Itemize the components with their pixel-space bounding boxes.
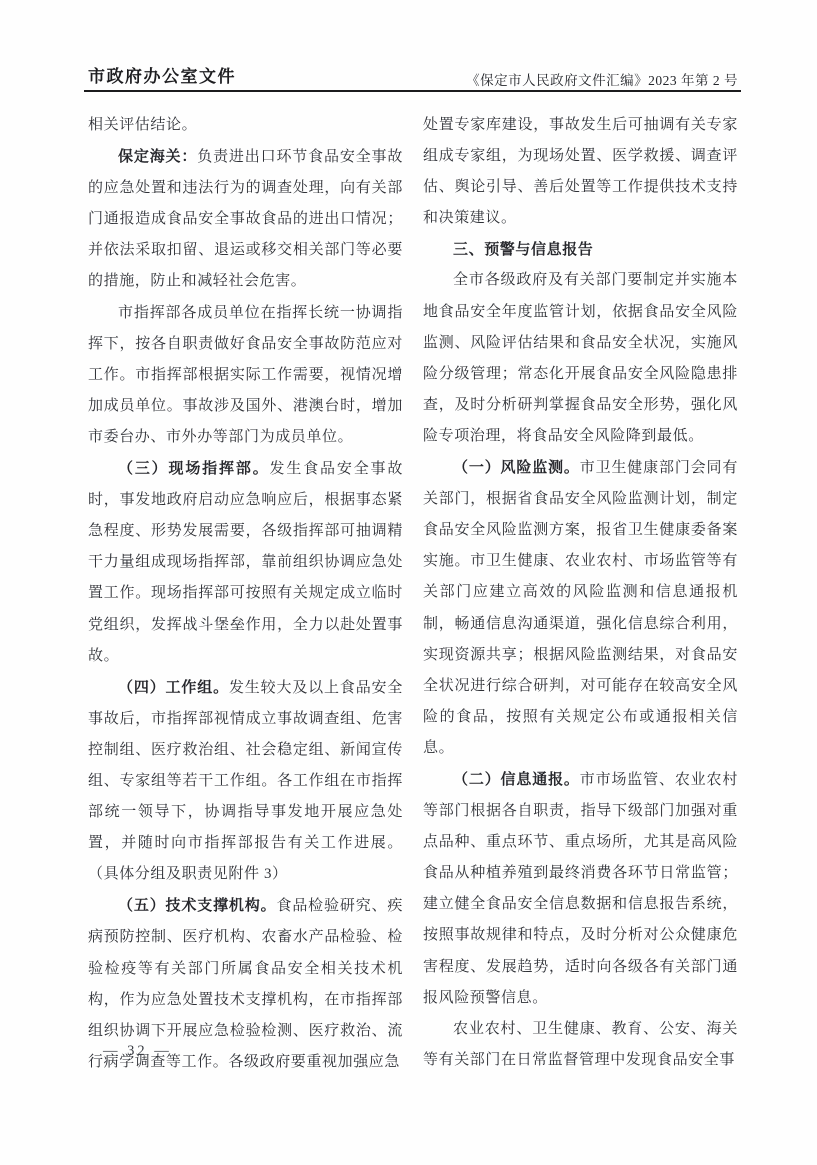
- section-heading: 三、预警与信息报告: [423, 234, 738, 265]
- header-rule: [84, 90, 741, 92]
- paragraph-lead: （四）工作组。: [118, 679, 229, 696]
- paragraph: （二）信息通报。市市场监管、农业农村等部门根据各自职责，指导下级部门加强对重点品…: [423, 764, 738, 1014]
- document-body: 相关评估结论。保定海关：负责进出口环节食品安全事故的应急处置和违法行为的调查处理…: [88, 110, 738, 1078]
- paragraph-lead: 保定海关：: [118, 148, 197, 165]
- paragraph-lead: （五）技术支撑机构。: [118, 897, 276, 914]
- paragraph: 相关评估结论。: [88, 110, 403, 141]
- paragraph: 市指挥部各成员单位在指挥长统一协调指挥下，按各自职责做好食品安全事故防范应对工作…: [88, 298, 403, 453]
- header-doc-number: 《保定市人民政府文件汇编》2023 年第 2 号: [466, 69, 738, 89]
- paragraph: 处置专家库建设，事故发生后可抽调有关专家组成专家组，为现场处置、医学救援、调查评…: [423, 110, 738, 234]
- paragraph: 保定海关：负责进出口环节食品安全事故的应急处置和违法行为的调查处理，向有关部门通…: [88, 141, 403, 297]
- page-number: — 32 —: [103, 1043, 172, 1060]
- paragraph-lead: （二）信息通报。: [453, 771, 580, 788]
- document-page: 市政府办公室文件 《保定市人民政府文件汇编》2023 年第 2 号 相关评估结论…: [0, 0, 817, 1165]
- left-column: 相关评估结论。保定海关：负责进出口环节食品安全事故的应急处置和违法行为的调查处理…: [88, 110, 403, 1078]
- paragraph: （三）现场指挥部。发生食品安全事故时，事发地政府启动应急响应后，根据事态紧急程度…: [88, 453, 403, 672]
- header-doc-type: 市政府办公室文件: [88, 62, 236, 87]
- paragraph: （一）风险监测。市卫生健康部门会同有关部门，根据省食品安全风险监测计划，制定食品…: [423, 452, 738, 764]
- paragraph-lead: （三）现场指挥部。: [118, 460, 270, 477]
- paragraph: （四）工作组。发生较大及以上食品安全事故后，市指挥部视情成立事故调查组、危害控制…: [88, 672, 403, 891]
- paragraph-lead: （一）风险监测。: [453, 459, 580, 476]
- right-column: 处置专家库建设，事故发生后可抽调有关专家组成专家组，为现场处置、医学救援、调查评…: [423, 110, 738, 1078]
- paragraph: 全市各级政府及有关部门要制定并实施本地食品安全年度监管计划，依据食品安全风险监测…: [423, 265, 738, 452]
- paragraph: 农业农村、卫生健康、教育、公安、海关等有关部门在日常监督管理中发现食品安全事: [423, 1014, 738, 1076]
